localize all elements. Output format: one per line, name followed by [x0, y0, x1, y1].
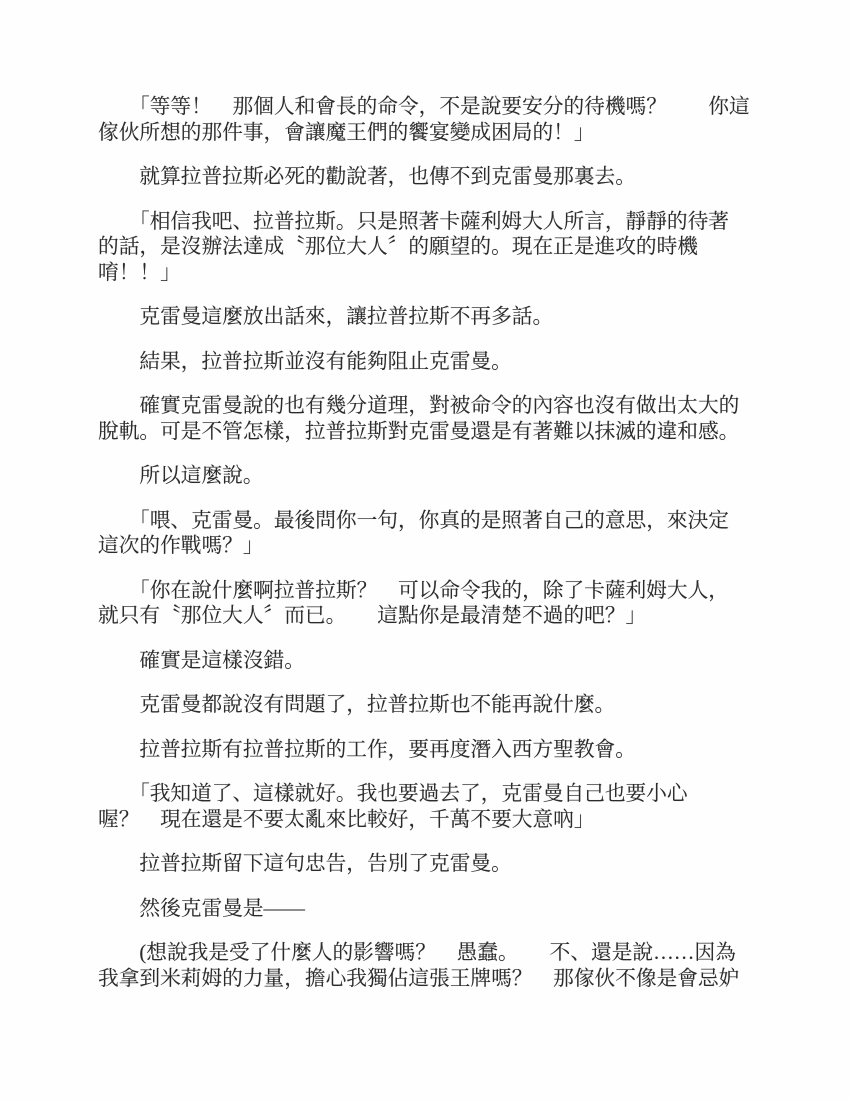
paragraph: 確實克雷曼說的也有幾分道理，對被命令的內容也沒有做出太大的脫軌。可是不管怎樣，拉… — [98, 394, 750, 445]
text-line: 克雷曼都說沒有問題了，拉普拉斯也不能再說什麼。 — [98, 693, 750, 719]
text-line: 「喂、克雷曼。最後問你一句，你真的是照著自己的意思，來決定 — [98, 509, 750, 535]
paragraph: 克雷曼都說沒有問題了，拉普拉斯也不能再說什麼。 — [98, 693, 750, 719]
paragraph: (想說我是受了什麼人的影響嗎？ 愚蠢。 不、還是說……因為我拿到米莉姆的力量，擔… — [98, 941, 750, 992]
text-line: 「相信我吧、拉普拉斯。只是照著卡薩利姆大人所言，靜靜的待著 — [98, 210, 750, 236]
text-line: 結果，拉普拉斯並沒有能夠阻止克雷曼。 — [98, 350, 750, 376]
text-line: 這次的作戰嗎？」 — [98, 534, 750, 560]
text-line: 所以這麼說。 — [98, 464, 750, 490]
paragraph: 「你在說什麼啊拉普拉斯？ 可以命令我的，除了卡薩利姆大人，就只有〝那位大人〞而已… — [98, 579, 750, 630]
text-line: 就只有〝那位大人〞而已。 這點你是最清楚不過的吧？」 — [98, 604, 750, 630]
paragraph: 克雷曼這麼放出話來，讓拉普拉斯不再多話。 — [98, 305, 750, 331]
paragraph: 然後克雷曼是—— — [98, 897, 750, 923]
paragraph: 「我知道了、這樣就好。我也要過去了，克雷曼自己也要小心喔？ 現在還是不要太亂來比… — [98, 782, 750, 833]
text-line: 的話，是沒辦法達成〝那位大人〞的願望的。現在正是進攻的時機 — [98, 235, 750, 261]
text-line: 唷！！」 — [98, 261, 750, 287]
paragraph: 所以這麼說。 — [98, 464, 750, 490]
paragraph: 「相信我吧、拉普拉斯。只是照著卡薩利姆大人所言，靜靜的待著的話，是沒辦法達成〝那… — [98, 210, 750, 287]
paragraph: 就算拉普拉斯必死的勸說著，也傳不到克雷曼那裏去。 — [98, 165, 750, 191]
text-line: 拉普拉斯留下這句忠告，告別了克雷曼。 — [98, 852, 750, 878]
text-line: 確實是這樣沒錯。 — [98, 649, 750, 675]
text-line: 確實克雷曼說的也有幾分道理，對被命令的內容也沒有做出太大的 — [98, 394, 750, 420]
paragraph: 拉普拉斯有拉普拉斯的工作，要再度潛入西方聖教會。 — [98, 738, 750, 764]
text-line: 喔？ 現在還是不要太亂來比較好，千萬不要大意吶」 — [98, 808, 750, 834]
paragraph: 拉普拉斯留下這句忠告，告別了克雷曼。 — [98, 852, 750, 878]
text-line: 脫軌。可是不管怎樣，拉普拉斯對克雷曼還是有著難以抹滅的違和感。 — [98, 420, 750, 446]
text-line: 傢伙所想的那件事，會讓魔王們的饗宴變成困局的！」 — [98, 121, 750, 147]
text-line: 然後克雷曼是—— — [98, 897, 750, 923]
novel-page: 「等等！ 那個人和會長的命令，不是說要安分的待機嗎？ 你這傢伙所想的那件事，會讓… — [0, 0, 850, 1100]
paragraph: 結果，拉普拉斯並沒有能夠阻止克雷曼。 — [98, 350, 750, 376]
text-line: 「等等！ 那個人和會長的命令，不是說要安分的待機嗎？ 你這 — [98, 95, 750, 121]
text-line: 就算拉普拉斯必死的勸說著，也傳不到克雷曼那裏去。 — [98, 165, 750, 191]
text-line: (想說我是受了什麼人的影響嗎？ 愚蠢。 不、還是說……因為 — [98, 941, 750, 967]
paragraph: 「等等！ 那個人和會長的命令，不是說要安分的待機嗎？ 你這傢伙所想的那件事，會讓… — [98, 95, 750, 146]
paragraph: 確實是這樣沒錯。 — [98, 649, 750, 675]
text-line: 我拿到米莉姆的力量，擔心我獨佔這張王牌嗎？ 那傢伙不像是會忌妒 — [98, 967, 750, 993]
text-line: 克雷曼這麼放出話來，讓拉普拉斯不再多話。 — [98, 305, 750, 331]
text-line: 「我知道了、這樣就好。我也要過去了，克雷曼自己也要小心 — [98, 782, 750, 808]
text-line: 拉普拉斯有拉普拉斯的工作，要再度潛入西方聖教會。 — [98, 738, 750, 764]
text-line: 「你在說什麼啊拉普拉斯？ 可以命令我的，除了卡薩利姆大人， — [98, 579, 750, 605]
paragraph: 「喂、克雷曼。最後問你一句，你真的是照著自己的意思，來決定這次的作戰嗎？」 — [98, 509, 750, 560]
